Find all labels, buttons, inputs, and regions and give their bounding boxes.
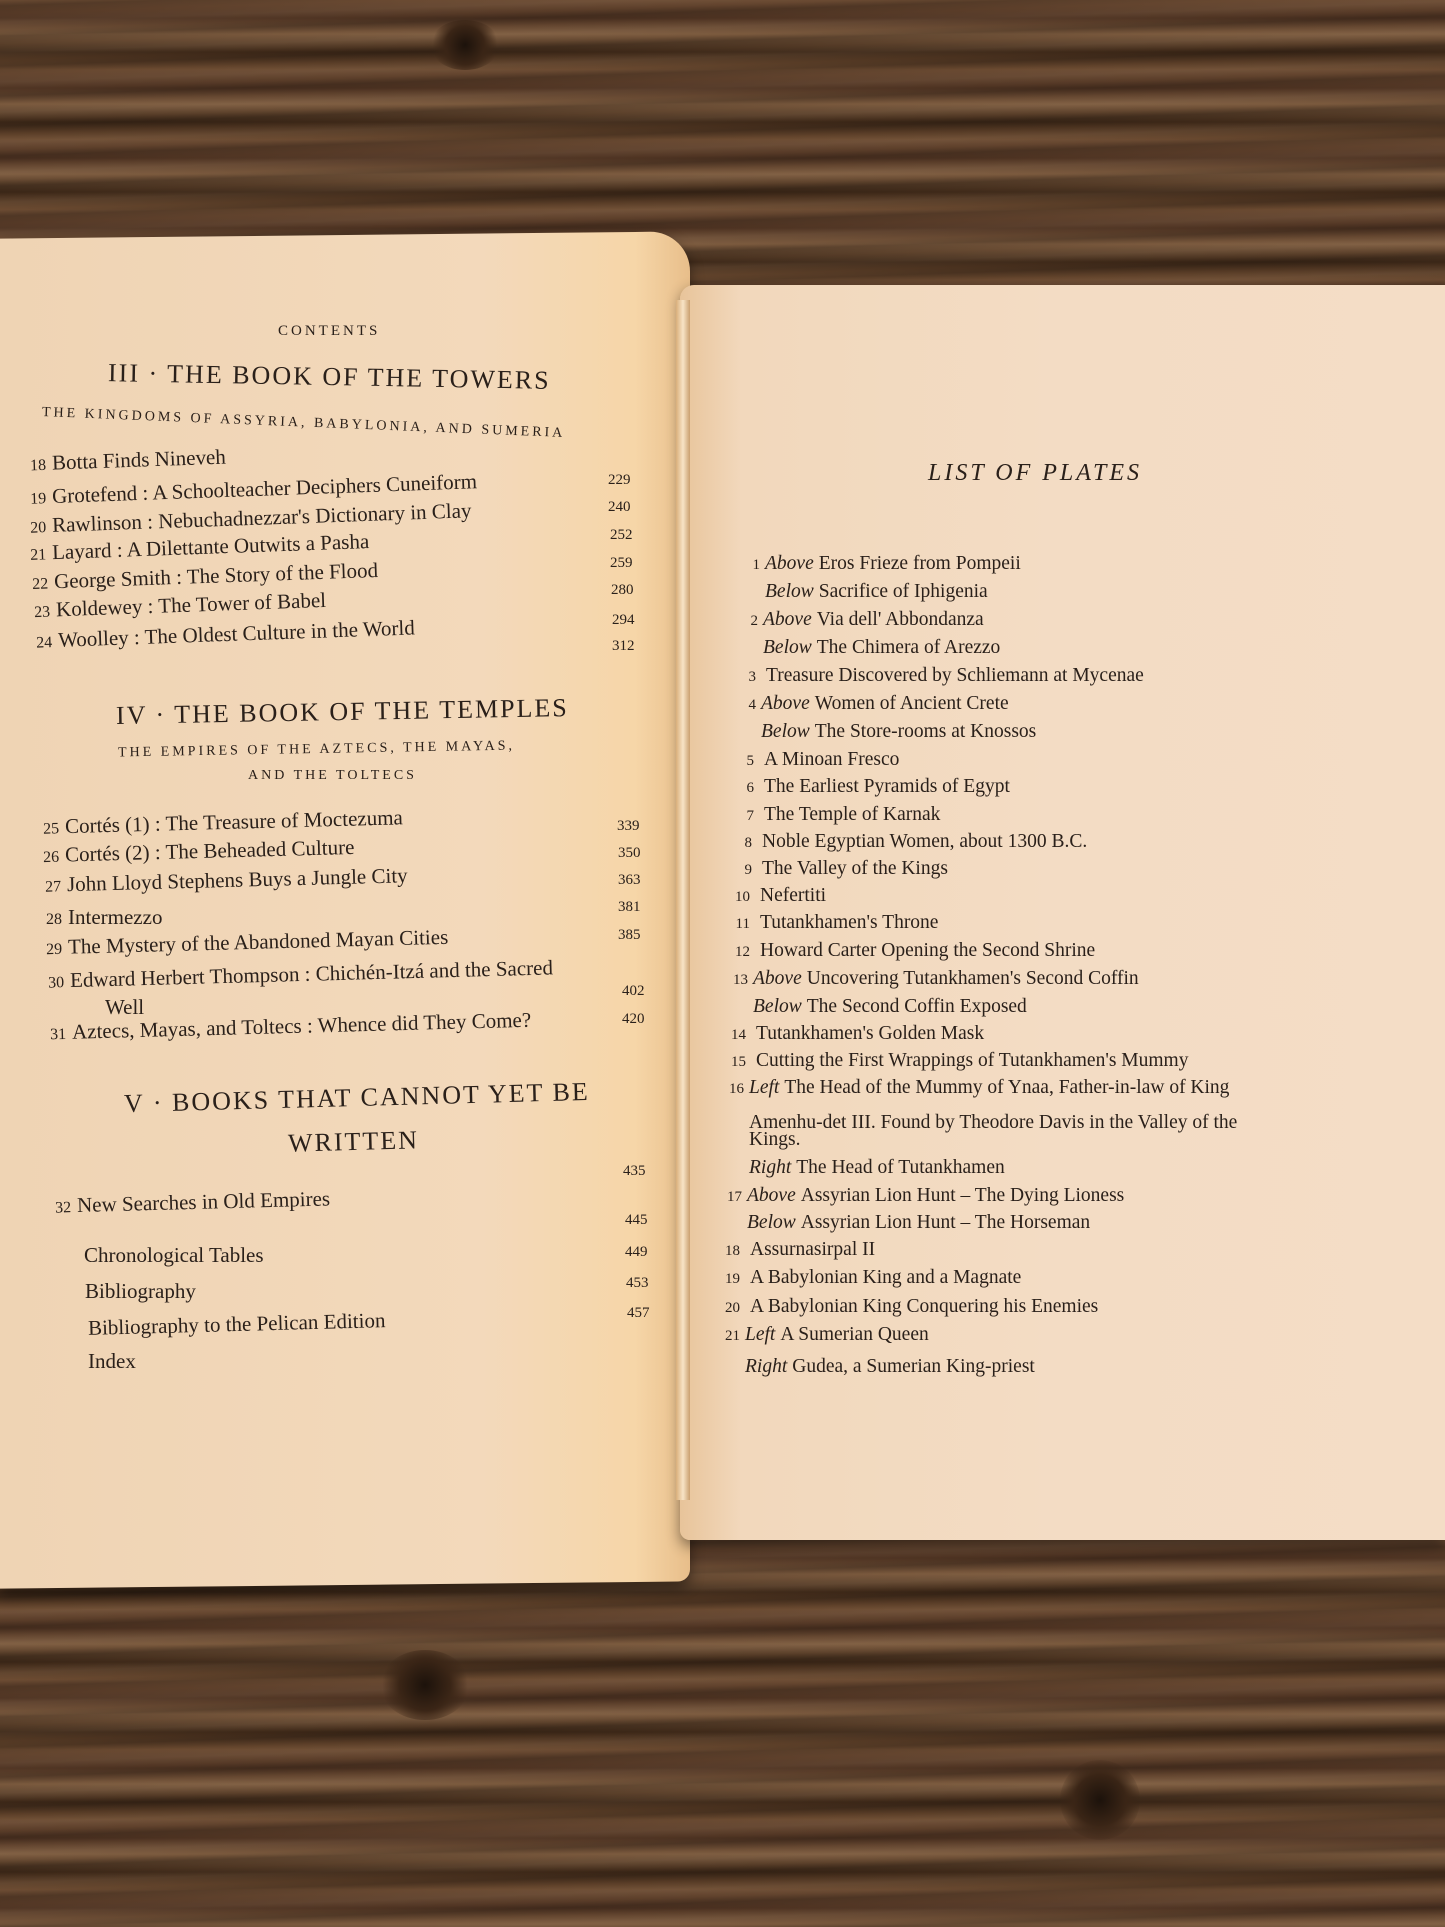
wood-knot-decoration bbox=[380, 1650, 470, 1720]
page-number: 363 bbox=[618, 872, 641, 889]
plate-item[interactable]: 17AboveAssyrian Lion Hunt – The Dying Li… bbox=[720, 1185, 1124, 1207]
toc-entry[interactable]: 28Intermezzo bbox=[46, 905, 162, 930]
plate-item[interactable]: 3Treasure Discovered by Schliemann at My… bbox=[734, 665, 1144, 687]
plate-item[interactable]: BelowThe Second Coffin Exposed bbox=[726, 996, 1027, 1018]
plate-item[interactable]: 1AboveEros Frieze from Pompeii bbox=[738, 553, 1021, 575]
page-number: 312 bbox=[612, 638, 635, 655]
plate-item[interactable]: 7The Temple of Karnak bbox=[732, 804, 940, 826]
plate-item[interactable]: 20A Babylonian King Conquering his Enemi… bbox=[718, 1296, 1098, 1318]
page-number: 420 bbox=[622, 1011, 645, 1028]
plate-item[interactable]: 9The Valley of the Kings bbox=[730, 858, 948, 880]
page-number: 457 bbox=[627, 1305, 650, 1322]
plate-item[interactable]: RightThe Head of Tutankhamen bbox=[722, 1157, 1005, 1179]
plate-item[interactable]: 15Cutting the First Wrappings of Tutankh… bbox=[724, 1050, 1188, 1072]
plate-item[interactable]: 19A Babylonian King and a Magnate bbox=[718, 1267, 1021, 1289]
plate-item[interactable]: 12Howard Carter Opening the Second Shrin… bbox=[728, 940, 1095, 962]
page-number: 381 bbox=[618, 899, 641, 916]
page-number: 350 bbox=[618, 845, 641, 862]
plate-item[interactable]: BelowThe Chimera of Arezzo bbox=[736, 637, 1000, 659]
page-number: 449 bbox=[625, 1244, 648, 1261]
part-subtitle: AND THE TOLTECS bbox=[248, 768, 417, 784]
plate-item[interactable]: 10Nefertiti bbox=[728, 885, 826, 907]
plate-item[interactable]: 18Assurnasirpal II bbox=[718, 1239, 875, 1261]
page-number: 252 bbox=[610, 527, 633, 544]
page-number: 259 bbox=[610, 555, 633, 572]
plate-item[interactable]: 6The Earliest Pyramids of Egypt bbox=[732, 776, 1010, 798]
plate-item-continuation: Amenhu-det III. Found by Theodore Davis … bbox=[749, 1112, 1237, 1134]
running-head: CONTENTS bbox=[278, 323, 380, 340]
page-number: 280 bbox=[611, 582, 634, 599]
plate-item[interactable]: 13AboveUncovering Tutankhamen's Second C… bbox=[726, 968, 1139, 990]
plate-item[interactable]: BelowSacrifice of Iphigenia bbox=[738, 581, 988, 603]
plate-item[interactable]: BelowThe Store-rooms at Knossos bbox=[734, 721, 1036, 743]
plate-item[interactable]: 11Tutankhamen's Throne bbox=[728, 912, 938, 934]
plate-item[interactable]: 14Tutankhamen's Golden Mask bbox=[724, 1023, 984, 1045]
page-number: 294 bbox=[612, 612, 635, 629]
part-title: WRITTEN bbox=[288, 1125, 420, 1158]
plate-item[interactable]: 8Noble Egyptian Women, about 1300 B.C. bbox=[730, 831, 1087, 853]
plate-item[interactable]: 4AboveWomen of Ancient Crete bbox=[734, 693, 1009, 715]
page-number: 240 bbox=[608, 499, 631, 516]
plate-item[interactable]: RightGudea, a Sumerian King-priest bbox=[718, 1356, 1035, 1378]
page-number: 339 bbox=[617, 818, 640, 835]
list-of-plates-title: LIST OF PLATES bbox=[928, 460, 1142, 487]
plate-item[interactable]: 5A Minoan Fresco bbox=[732, 749, 899, 771]
toc-entry[interactable]: Chronological Tables bbox=[84, 1243, 264, 1268]
plate-item-continuation: Kings. bbox=[749, 1129, 800, 1151]
plate-item[interactable]: BelowAssyrian Lion Hunt – The Horseman bbox=[720, 1212, 1090, 1234]
plate-item[interactable]: 21LeftA Sumerian Queen bbox=[718, 1324, 929, 1346]
page-number: 453 bbox=[626, 1275, 649, 1292]
page-number: 229 bbox=[608, 472, 631, 489]
toc-entry[interactable]: Index bbox=[88, 1349, 136, 1374]
toc-entry[interactable]: Bibliography bbox=[85, 1279, 196, 1304]
plate-item[interactable]: 16LeftThe Head of the Mummy of Ynaa, Fat… bbox=[722, 1077, 1229, 1099]
plate-item[interactable]: 2AboveVia dell' Abbondanza bbox=[736, 609, 984, 631]
page-number: 385 bbox=[618, 927, 641, 944]
wood-knot-decoration bbox=[430, 20, 500, 70]
page-number: 435 bbox=[623, 1163, 646, 1180]
wood-knot-decoration bbox=[1060, 1760, 1140, 1840]
page-number: 402 bbox=[622, 983, 645, 1000]
page-number: 445 bbox=[625, 1212, 648, 1229]
book-gutter bbox=[676, 300, 690, 1500]
toc-entry-continuation: Well bbox=[105, 995, 144, 1020]
